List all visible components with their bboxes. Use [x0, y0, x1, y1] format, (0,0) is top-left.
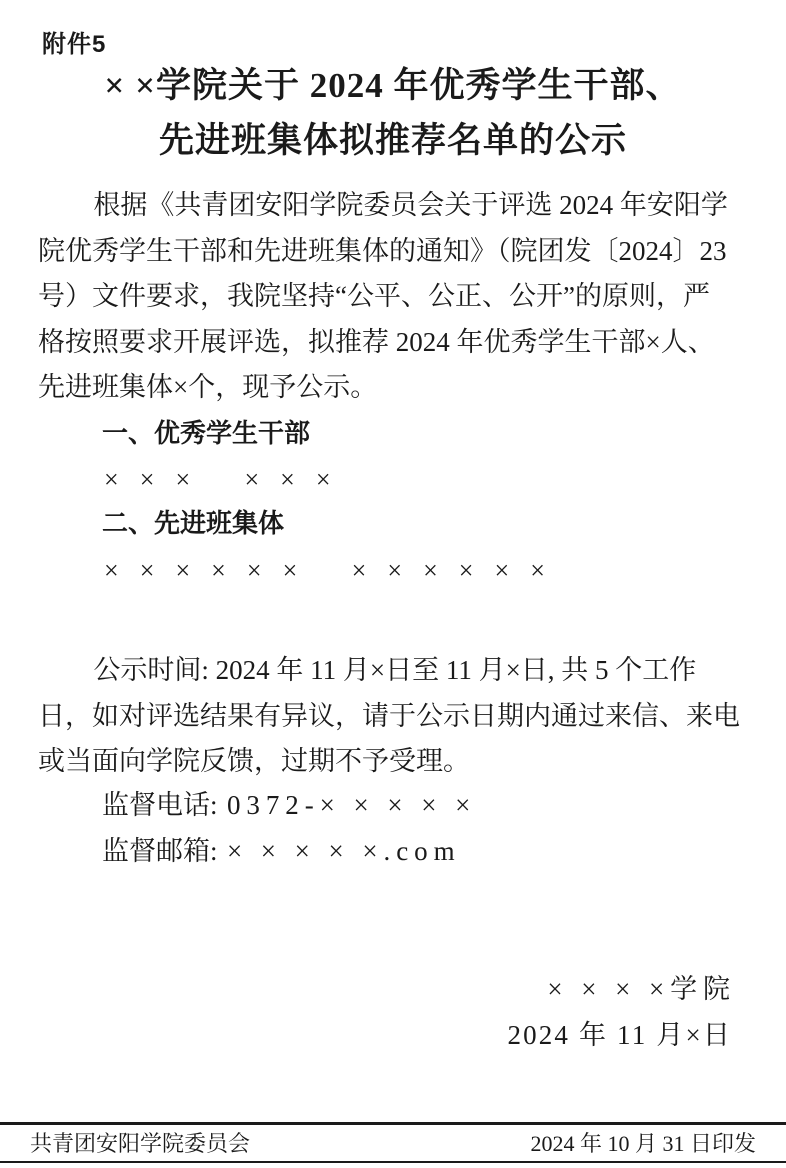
title-line-1: × ×学院关于 2024 年优秀学生干部、 — [30, 58, 756, 113]
footer-issuing-body: 共青团安阳学院委员会 — [30, 1128, 250, 1160]
intro-paragraph: 根据《共青团安阳学院委员会关于评选 2024 年安阳学 院优秀学生干部和先进班集… — [38, 183, 752, 411]
document-page: 附件5 × ×学院关于 2024 年优秀学生干部、 先进班集体拟推荐名单的公示 … — [0, 0, 786, 1168]
paragraph-line: 号）文件要求，我院坚持“公平、公正、公开”的原则，严 — [38, 274, 752, 320]
supervision-email-label: 监督邮箱: — [102, 836, 218, 866]
supervision-phone-value: 0372-× × × × × — [227, 790, 476, 820]
section-heading-advanced-classes: 二、先进班集体 — [38, 501, 752, 547]
footer-bottom-rule — [0, 1161, 786, 1163]
attachment-label: 附件5 — [42, 24, 106, 59]
paragraph-line: 院优秀学生干部和先进班集体的通知》（院团发〔2024〕23 — [38, 229, 752, 275]
supervision-phone-line: 监督电话:0372-× × × × × — [38, 783, 752, 829]
paragraph-line: 先进班集体×个，现予公示。 — [38, 365, 752, 411]
footer-row: 共青团安阳学院委员会 2024 年 10 月 31 日印发 — [30, 1128, 756, 1160]
signature-date: 2024 年 11 月×日 — [507, 1012, 736, 1058]
publicity-period-paragraph: 公示时间: 2024 年 11 月×日至 11 月×日, 共 5 个工作 日，如… — [38, 648, 752, 785]
signature-block: × × × ×学院 2024 年 11 月×日 — [507, 966, 736, 1058]
title-line-2: 先进班集体拟推荐名单的公示 — [30, 113, 756, 168]
supervision-phone-label: 监督电话: — [102, 790, 218, 820]
document-title: × ×学院关于 2024 年优秀学生干部、 先进班集体拟推荐名单的公示 — [30, 58, 756, 168]
section-names-outstanding-cadres: × × × × × × — [38, 457, 752, 503]
paragraph-line: 格按照要求开展评选，拟推荐 2024 年优秀学生干部×人、 — [38, 320, 752, 366]
paragraph-line: 日，如对评选结果有异议，请于公示日期内通过来信、来电 — [38, 694, 752, 740]
supervision-email-line: 监督邮箱:× × × × ×.com — [38, 829, 752, 875]
footer-print-date: 2024 年 10 月 31 日印发 — [530, 1128, 756, 1160]
section-heading-outstanding-cadres: 一、优秀学生干部 — [38, 411, 752, 457]
paragraph-line: 公示时间: 2024 年 11 月×日至 11 月×日, 共 5 个工作 — [38, 648, 752, 694]
paragraph-line: 根据《共青团安阳学院委员会关于评选 2024 年安阳学 — [38, 183, 752, 229]
paragraph-line: 或当面向学院反馈，过期不予受理。 — [38, 739, 752, 785]
signature-organization: × × × ×学院 — [507, 966, 736, 1012]
footer-top-rule — [0, 1122, 786, 1125]
supervision-email-value: × × × × ×.com — [227, 836, 461, 866]
section-names-advanced-classes: × × × × × × × × × × × × — [38, 548, 752, 594]
